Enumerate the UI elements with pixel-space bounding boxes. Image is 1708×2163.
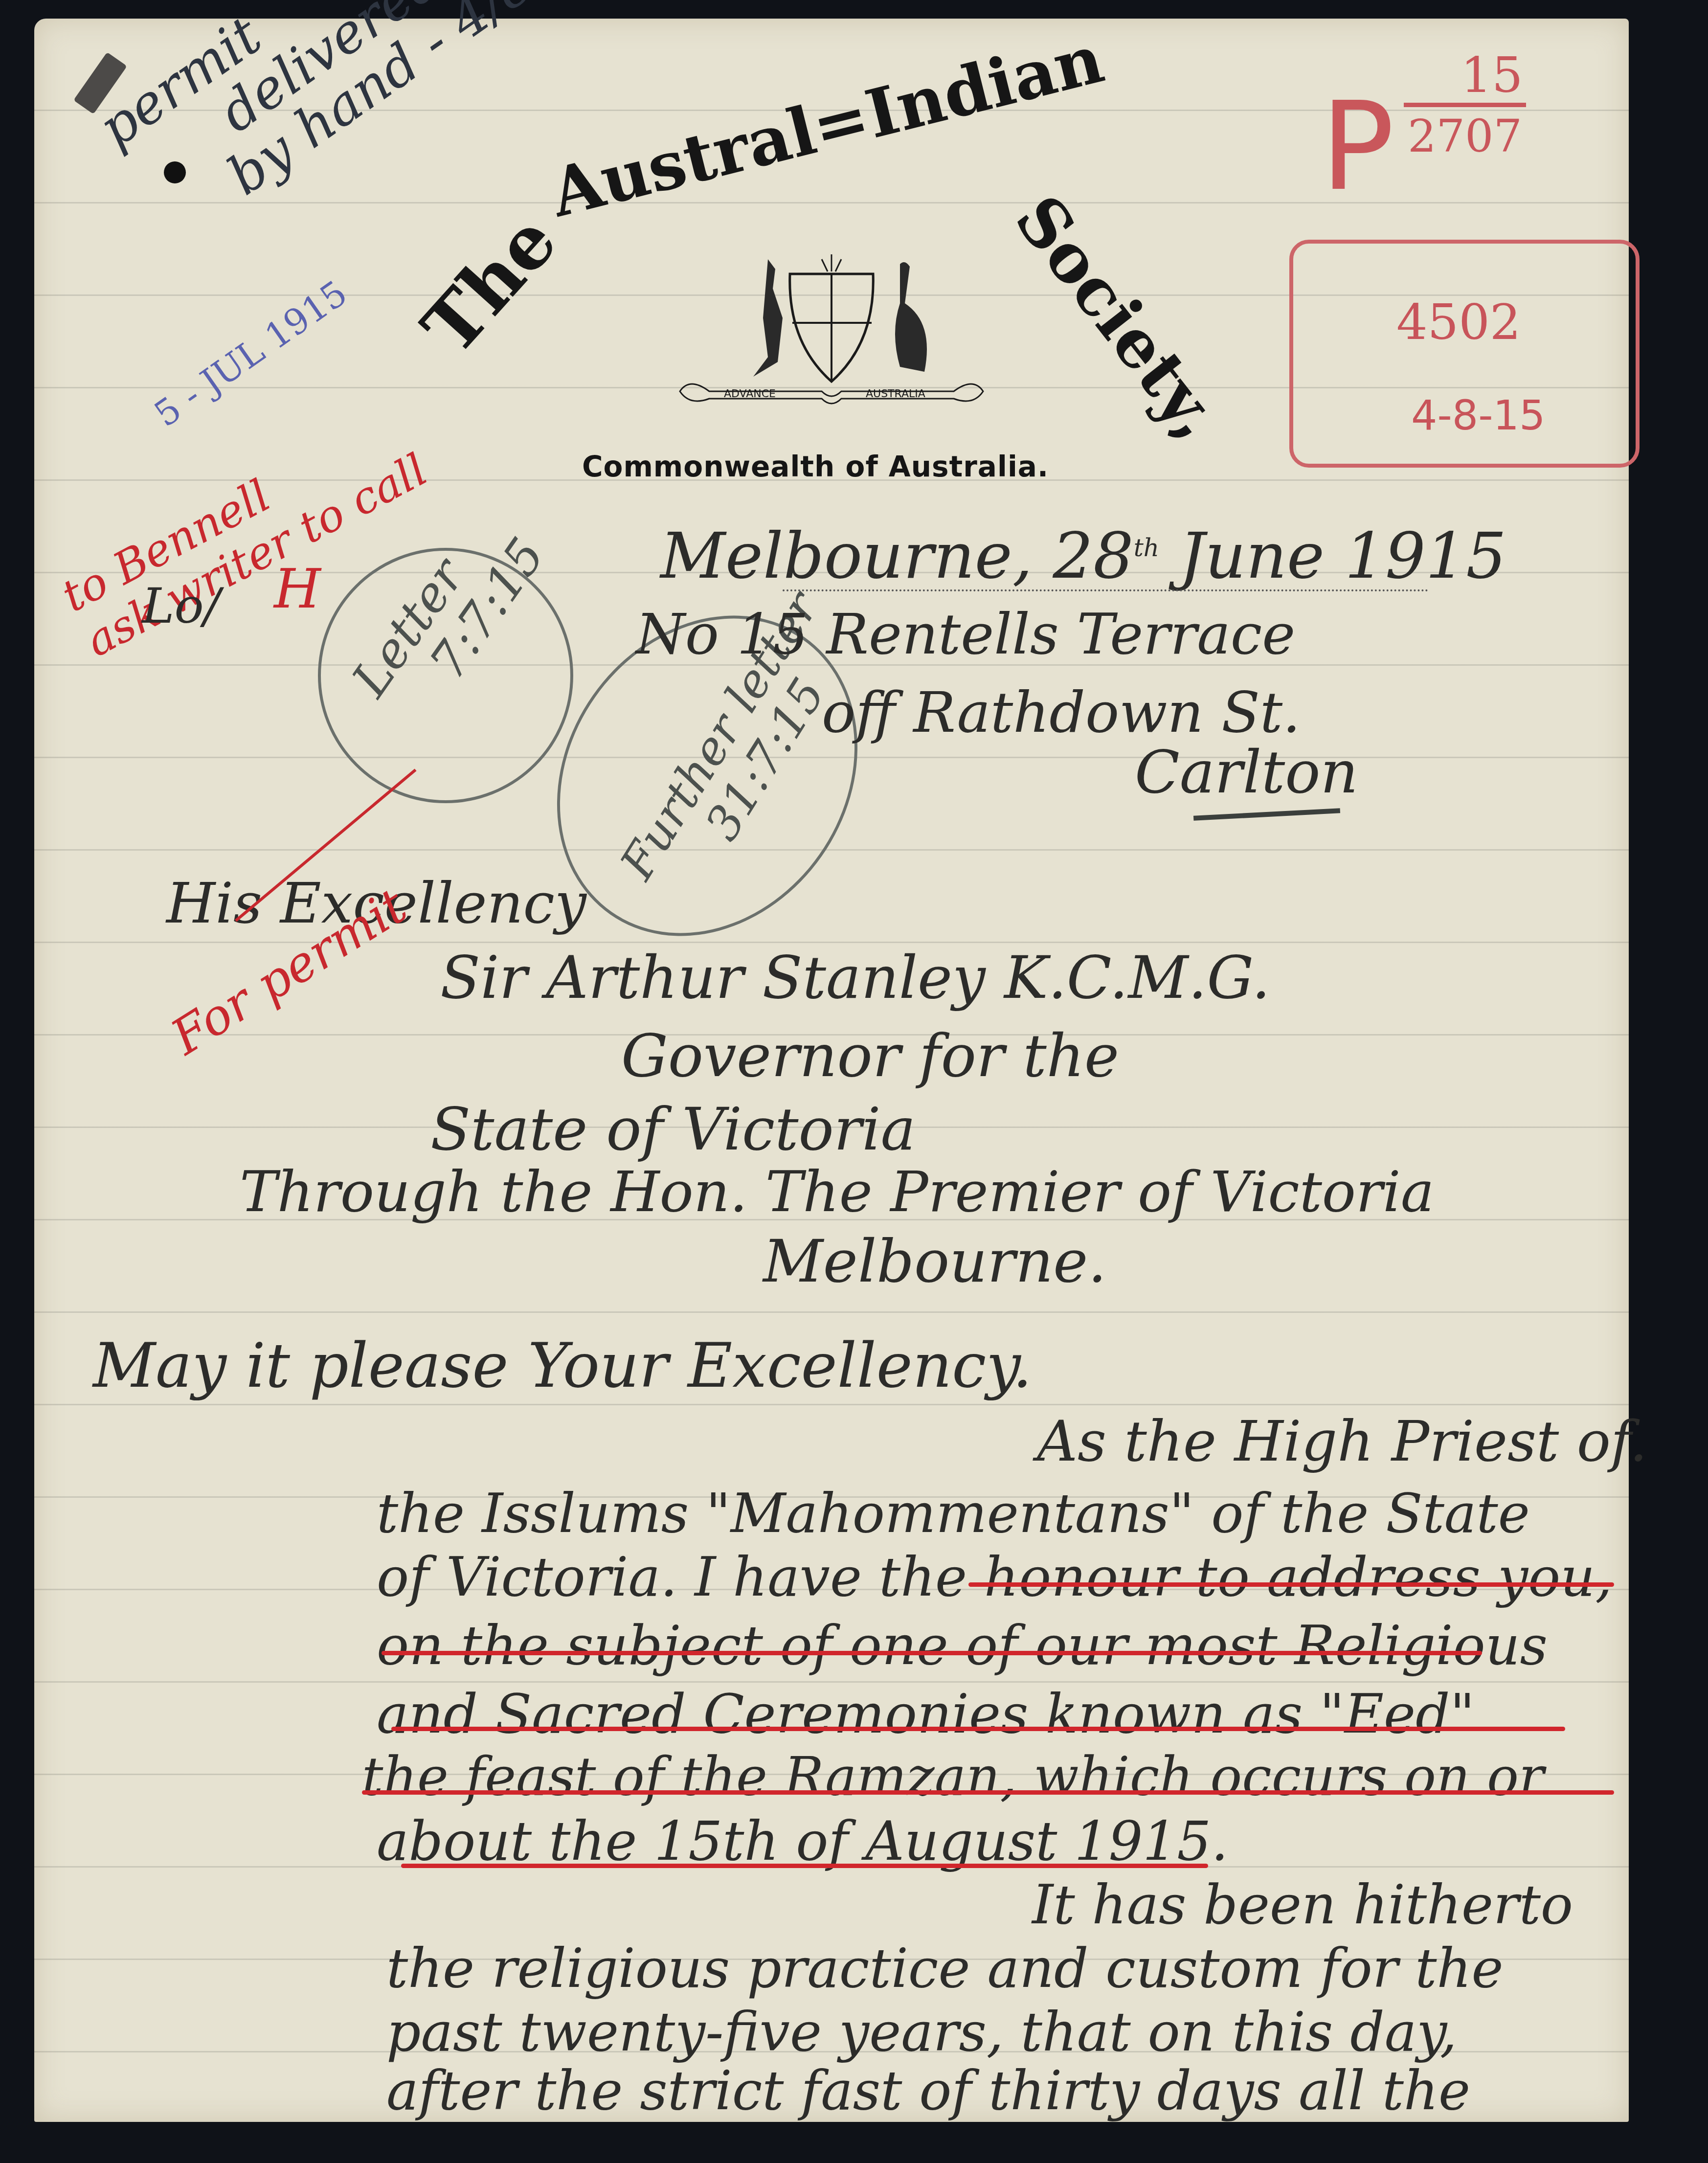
registry-stamp-numerator: 15 — [1428, 46, 1555, 104]
address-line-3: Carlton — [1135, 739, 1358, 807]
received-stamp-number: 4502 — [1396, 293, 1521, 351]
red-underline-1 — [968, 1582, 1614, 1587]
recipient-line-3: Governor for the — [621, 1022, 1119, 1090]
registry-stamp-divider — [1404, 103, 1526, 107]
body-line-3: of Victoria. I have the honour to addres… — [377, 1546, 1612, 1608]
body-line-9: the religious practice and custom for th… — [386, 1937, 1504, 2000]
body-line-4: on the subject of one of our most Religi… — [377, 1614, 1548, 1677]
recipient-line-2: Sir Arthur Stanley K.C.M.G. — [440, 944, 1270, 1012]
body-line-6: the feast of the Ramzan, which occurs on… — [362, 1746, 1544, 1807]
salutation: May it please Your Excellency. — [93, 1330, 1032, 1401]
red-underline-5 — [401, 1864, 1208, 1868]
registry-stamp-letter: P — [1321, 86, 1394, 208]
recipient-line-4: State of Victoria — [430, 1096, 916, 1164]
received-stamp-date: 4-8-15 — [1411, 391, 1545, 439]
month: June — [1179, 518, 1325, 593]
motto-right: AUSTRALIA — [866, 388, 925, 400]
motto-left: ADVANCE — [724, 388, 776, 400]
body-line-8: It has been hitherto — [1032, 1873, 1573, 1936]
year: 1915 — [1345, 518, 1506, 593]
city: Melbourne, — [660, 518, 1033, 593]
day-suffix: th — [1134, 534, 1159, 562]
red-underline-2 — [382, 1651, 1482, 1655]
body-line-7: about the 15th of August 1915. — [377, 1810, 1228, 1872]
day: 28 — [1053, 518, 1133, 593]
body-line-11: after the strict fast of thirty days all… — [386, 2059, 1470, 2122]
red-initial: H — [274, 558, 321, 620]
red-underline-4 — [362, 1790, 1614, 1795]
registry-stamp-denominator: 2707 — [1399, 110, 1531, 162]
recipient-line-5: Through the Hon. The Premier of Victoria — [240, 1159, 1434, 1225]
date-dotted-line — [783, 589, 1428, 591]
coat-of-arms-icon: ADVANCE AUSTRALIA — [670, 245, 993, 416]
body-line-5: and Sacred Ceremonies known as "Eed" — [377, 1683, 1475, 1745]
red-underline-3 — [391, 1727, 1565, 1731]
letter-place-date: Melbourne, 28th June 1915 — [660, 518, 1506, 593]
body-line-1: As the High Priest of. — [1037, 1409, 1647, 1474]
recipient-line-6: Melbourne. — [763, 1228, 1106, 1296]
address-line-1: No 15 Rentells Terrace — [636, 602, 1295, 667]
black-initial: Lo/ — [142, 577, 220, 634]
body-line-10: past twenty-five years, that on this day… — [386, 2001, 1457, 2063]
body-line-2: the Isslums "Mahommentans" of the State — [377, 1482, 1530, 1545]
letterhead-subtitle: Commonwealth of Australia. — [582, 450, 1049, 483]
address-line-2: off Rathdown St. — [822, 680, 1301, 745]
